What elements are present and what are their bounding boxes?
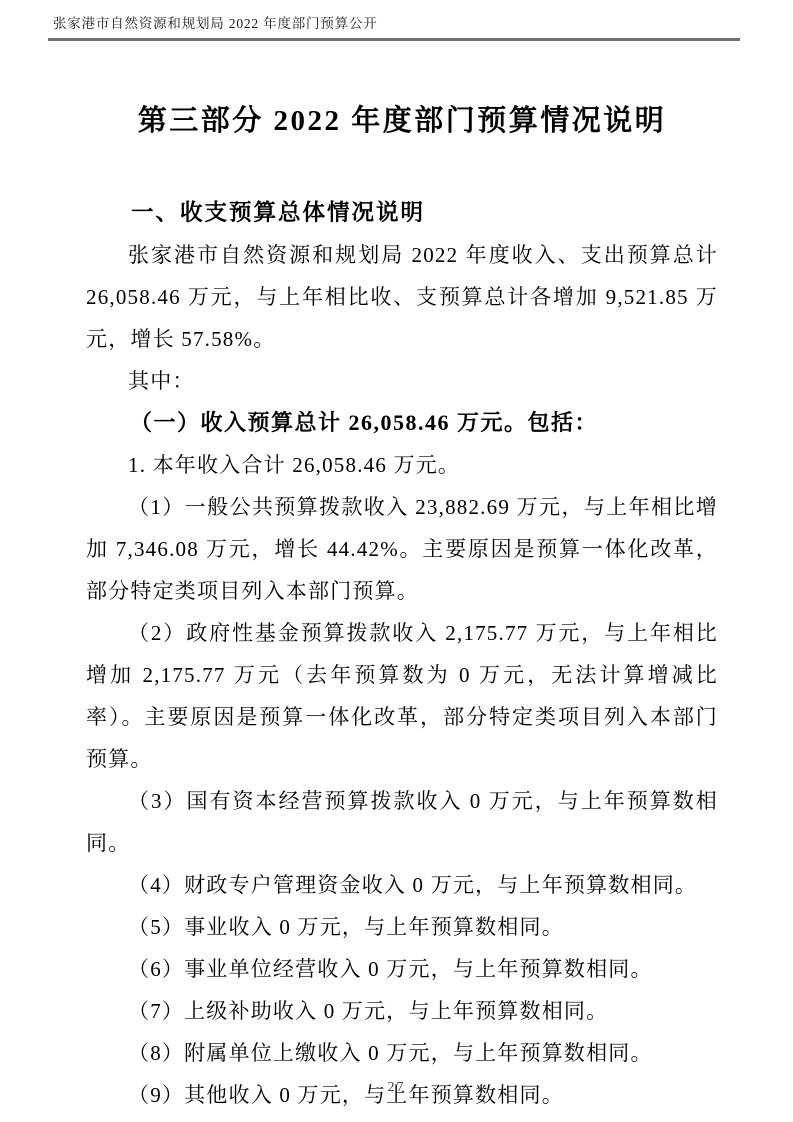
header-rule <box>48 38 740 41</box>
para-item-6-unit-operating-income: （6）事业单位经营收入 0 万元，与上年预算数相同。 <box>86 948 718 990</box>
page-header: 张家港市自然资源和规划局 2022 年度部门预算公开 <box>48 15 740 41</box>
heading-income-total: （一）收入预算总计 26,058.46 万元。包括： <box>86 402 718 444</box>
para-item-5-operating-income: （5）事业收入 0 万元，与上年预算数相同。 <box>86 906 718 948</box>
para-item-7-superior-subsidy: （7）上级补助收入 0 万元，与上年预算数相同。 <box>86 990 718 1032</box>
page-footer: - 27 - <box>0 1078 793 1098</box>
document-page: 张家港市自然资源和规划局 2022 年度部门预算公开 第三部分 2022 年度部… <box>0 0 793 1122</box>
para-item-1-general-public-budget: （1）一般公共预算拨款收入 23,882.69 万元，与上年相比增加 7,346… <box>86 486 718 612</box>
page-number: - 27 - <box>375 1080 417 1095</box>
para-item-3-state-capital: （3）国有资本经营预算拨款收入 0 万元，与上年预算数相同。 <box>86 780 718 864</box>
para-item-2-government-fund: （2）政府性基金预算拨款收入 2,175.77 万元，与上年相比增加 2,175… <box>86 612 718 780</box>
header-doc-label: 张家港市自然资源和规划局 2022 年度部门预算公开 <box>48 15 740 32</box>
para-annual-income: 1. 本年收入合计 26,058.46 万元。 <box>86 444 718 486</box>
document-body: 第三部分 2022 年度部门预算情况说明 一、收支预算总体情况说明 张家港市自然… <box>86 98 718 1116</box>
para-among-which: 其中： <box>86 360 718 402</box>
para-budget-summary: 张家港市自然资源和规划局 2022 年度收入、支出预算总计 26,058.46 … <box>86 234 718 360</box>
para-item-8-subordinate-remittance: （8）附属单位上缴收入 0 万元，与上年预算数相同。 <box>86 1032 718 1074</box>
para-item-4-fiscal-account: （4）财政专户管理资金收入 0 万元，与上年预算数相同。 <box>86 864 718 906</box>
document-title: 第三部分 2022 年度部门预算情况说明 <box>86 98 718 144</box>
section-heading-overall: 一、收支预算总体情况说明 <box>86 192 718 234</box>
